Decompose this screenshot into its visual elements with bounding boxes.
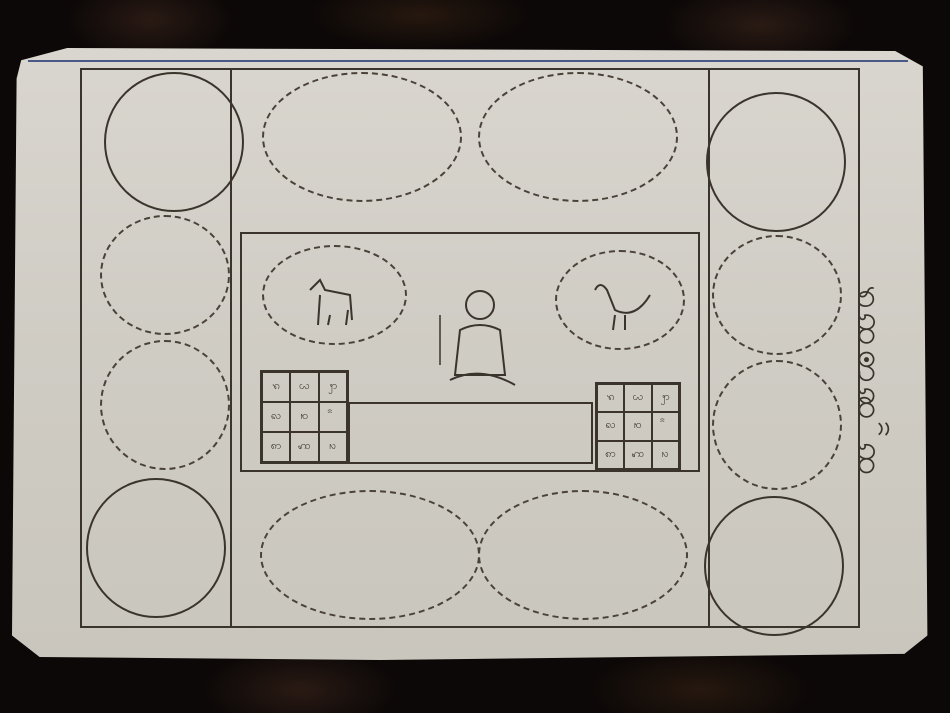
right-magic-square: ꩫꩬꩭ ꩮꩯꩰ ꩱꩲꩳ: [595, 382, 681, 471]
lizard-oval-left-1: [100, 215, 230, 335]
astro-wheel-bottom-right: [704, 496, 844, 636]
lizard-oval-bottom-right: [478, 490, 688, 620]
vertical-title-script: ꩫꩡꩦꩣ ꩰꩡ: [845, 285, 896, 479]
man-with-scales-figure: [430, 285, 520, 405]
left-magic-square: ꩫꩬꩭ ꩮꩯꩰ ꩱꩲꩳ: [260, 370, 349, 464]
cloth-border-stripe: [28, 60, 908, 62]
lizard-oval-top-right: [478, 72, 678, 202]
lizard-oval-right-2: [712, 360, 842, 490]
rooster-figure: [585, 275, 655, 335]
lizard-oval-right-1: [712, 235, 842, 355]
astro-wheel-bottom-left: [86, 478, 226, 618]
lizard-oval-left-2: [100, 340, 230, 470]
astro-wheel-top-right: [706, 92, 846, 232]
center-table: [348, 402, 593, 464]
astro-wheel-top-left: [104, 72, 244, 212]
goat-figure: [300, 270, 360, 330]
lizard-oval-bottom-left: [260, 490, 480, 620]
lizard-oval-top-left: [262, 72, 462, 202]
